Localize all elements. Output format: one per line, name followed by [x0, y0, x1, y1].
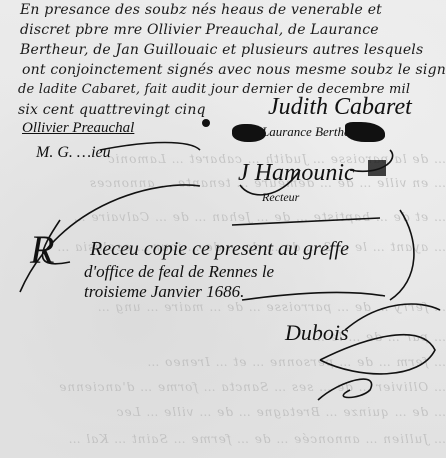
signature-flourishes [0, 0, 446, 458]
document-page: … de la paroisse … Judith … cabaret … La… [0, 0, 446, 458]
